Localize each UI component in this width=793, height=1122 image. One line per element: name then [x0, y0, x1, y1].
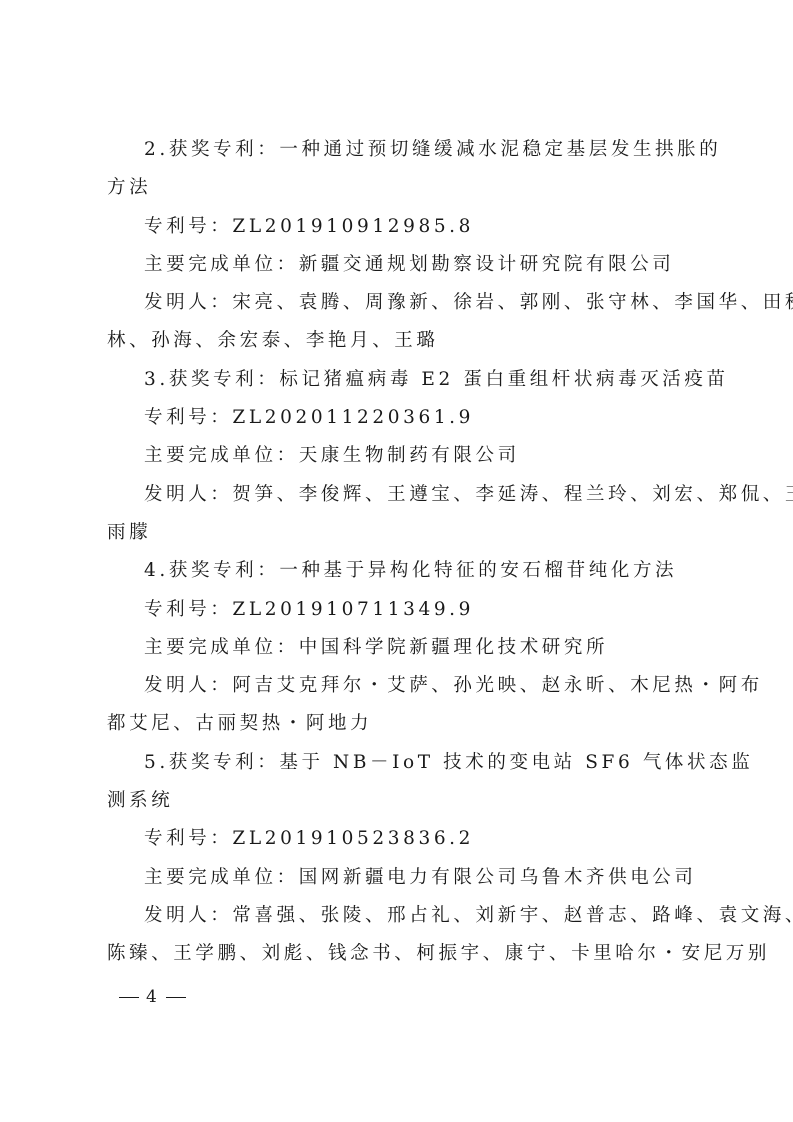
patent-5-inventors: 发明人：常喜强、张陵、邢占礼、刘新宇、赵普志、路峰、袁文海、 [107, 897, 691, 935]
patent-2-unit: 主要完成单位：新疆交通规划勘察设计研究院有限公司 [107, 246, 691, 284]
page-number-dash-left [119, 997, 139, 998]
patent-4-inventors: 发明人：阿吉艾克拜尔・艾萨、孙光映、赵永昕、木尼热・阿布 [107, 667, 691, 705]
page-number: 4 [112, 987, 193, 1007]
patent-2-inventors: 发明人：宋亮、袁腾、周豫新、徐岩、郭刚、张守林、李国华、田秋 [107, 284, 691, 322]
patent-3-number: 专利号：ZL202011220361.9 [107, 399, 691, 437]
patent-4-number: 专利号：ZL201910711349.9 [107, 591, 691, 629]
patent-4-unit: 主要完成单位：中国科学院新疆理化技术研究所 [107, 629, 691, 667]
patent-5-number: 专利号：ZL201910523836.2 [107, 820, 691, 858]
patent-2-number: 专利号：ZL201910912985.8 [107, 208, 691, 246]
patent-5-inventors-cont: 陈臻、王学鹏、刘彪、钱念书、柯振宇、康宁、卡里哈尔・安尼万别 [107, 935, 691, 973]
page-number-dash-right [166, 997, 186, 998]
patent-2-title: 2.获奖专利：一种通过预切缝缓减水泥稳定基层发生拱胀的 [107, 131, 691, 169]
patent-4-inventors-cont: 都艾尼、古丽契热・阿地力 [107, 705, 691, 743]
patent-5-title-cont: 测系统 [107, 782, 691, 820]
patent-3-inventors: 发明人：贺笋、李俊辉、王遵宝、李延涛、程兰玲、刘宏、郑侃、王 [107, 476, 691, 514]
patent-3-unit: 主要完成单位：天康生物制药有限公司 [107, 437, 691, 475]
patent-2-inventors-cont: 林、孙海、余宏泰、李艳月、王璐 [107, 322, 691, 360]
patent-3-title: 3.获奖专利：标记猪瘟病毒 E2 蛋白重组杆状病毒灭活疫苗 [107, 361, 691, 399]
patent-5-title: 5.获奖专利：基于 NB－IoT 技术的变电站 SF6 气体状态监 [107, 744, 691, 782]
document-body: 2.获奖专利：一种通过预切缝缓减水泥稳定基层发生拱胀的 方法 专利号：ZL201… [107, 131, 691, 974]
patent-2-title-cont: 方法 [107, 169, 691, 207]
patent-3-inventors-cont: 雨朦 [107, 514, 691, 552]
patent-4-title: 4.获奖专利：一种基于异构化特征的安石榴苷纯化方法 [107, 552, 691, 590]
patent-5-unit: 主要完成单位：国网新疆电力有限公司乌鲁木齐供电公司 [107, 859, 691, 897]
page-number-value: 4 [146, 987, 159, 1007]
